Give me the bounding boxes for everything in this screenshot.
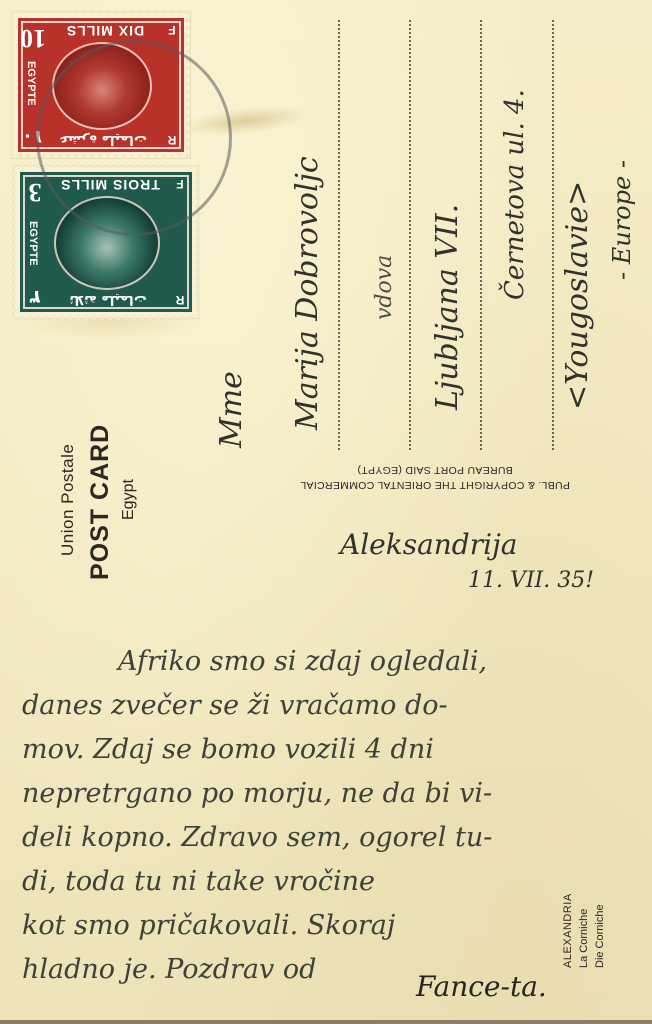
king-portrait: [54, 196, 160, 290]
address-salutation: Mme: [214, 371, 249, 448]
publisher-imprint: PUBL. & COPYRIGHT THE ORIENTAL COMMERCIA…: [250, 462, 620, 492]
stamp-corner-letter: F: [172, 176, 188, 192]
message-line: nepretrgano po morju, ne da bi vi-: [22, 772, 642, 816]
message-line: hladno je. Pozdrav od: [22, 948, 642, 992]
message-line: di, toda tu ni take vročine: [22, 860, 642, 904]
post-card-title: POST CARD: [86, 424, 115, 580]
signature: Fance-ta.: [416, 970, 547, 1003]
stamp-arabic-value: عشرة مليمات: [50, 130, 156, 148]
stamp-10-mills: عشرة مليمات DIX MILLS EGYPTE 10 ١٠ R F: [12, 12, 190, 158]
stamp-design: ثلاثة مليمات TROIS MILLS EGYPTE 3 ٣ R F: [20, 172, 192, 312]
stamp-design: عشرة مليمات DIX MILLS EGYPTE 10 ١٠ R F: [18, 18, 184, 152]
stamp-country: EGYPTE: [22, 208, 44, 278]
publisher-line: PUBL. & COPYRIGHT THE ORIENTAL COMMERCIA…: [250, 477, 620, 492]
paper-stain: [179, 101, 311, 140]
card-edge: [0, 1020, 652, 1024]
postcard-back: عشرة مليمات DIX MILLS EGYPTE 10 ١٠ R F ث…: [0, 0, 652, 1024]
address-street: Černetova ul. 4.: [500, 89, 530, 300]
message-line: kot smo pričakovali. Skoraj: [22, 904, 642, 948]
stamp-value-text: TROIS MILLS: [56, 176, 164, 194]
address-city: Ljubljana VII.: [430, 204, 465, 410]
stamp-corner-letter: R: [164, 132, 180, 148]
stamp-corner-letter: F: [164, 22, 180, 38]
handwritten-message: Afriko smo si zdaj ogledali, danes zveče…: [22, 640, 642, 992]
address-role: vdova: [372, 255, 397, 320]
stamp-value-numeral: 10: [20, 20, 46, 56]
message-line: deli kopno. Zdravo sem, ogorel tu-: [22, 816, 642, 860]
message-line: Afriko smo si zdaj ogledali,: [22, 640, 642, 684]
address-name: Marija Dobrovoljc: [290, 156, 325, 430]
place-written: Aleksandrija: [340, 528, 517, 561]
address-continent: - Europe -: [608, 160, 636, 280]
stamp-arabic-value: ثلاثة مليمات: [52, 290, 164, 308]
stamp-value-numeral: 3: [22, 174, 48, 210]
address-line: [480, 20, 482, 450]
country-label: Egypt: [120, 479, 138, 520]
stamp-arabic-numeral: ٣: [22, 282, 48, 310]
stamp-country: EGYPTE: [20, 48, 42, 118]
stamp-arabic-numeral: ١٠: [20, 122, 46, 150]
address-line: [409, 20, 411, 450]
union-postale-label: Union Postale: [58, 444, 78, 556]
address-line: [338, 20, 340, 450]
date-written: 11. VII. 35!: [468, 568, 594, 593]
message-line: danes zvečer se ži vračamo do-: [22, 684, 642, 728]
address-line: [552, 20, 554, 450]
publisher-line: BUREAU PORT SAID (EGYPT): [250, 462, 620, 477]
stamp-3-mills: ثلاثة مليمات TROIS MILLS EGYPTE 3 ٣ R F: [14, 166, 198, 318]
king-portrait: [52, 42, 152, 130]
stamp-value-text: DIX MILLS: [54, 22, 156, 40]
message-line: mov. Zdaj se bomo vozili 4 dni: [22, 728, 642, 772]
stamp-corner-letter: R: [172, 292, 188, 308]
address-country: <Yougoslavie>: [560, 181, 595, 410]
